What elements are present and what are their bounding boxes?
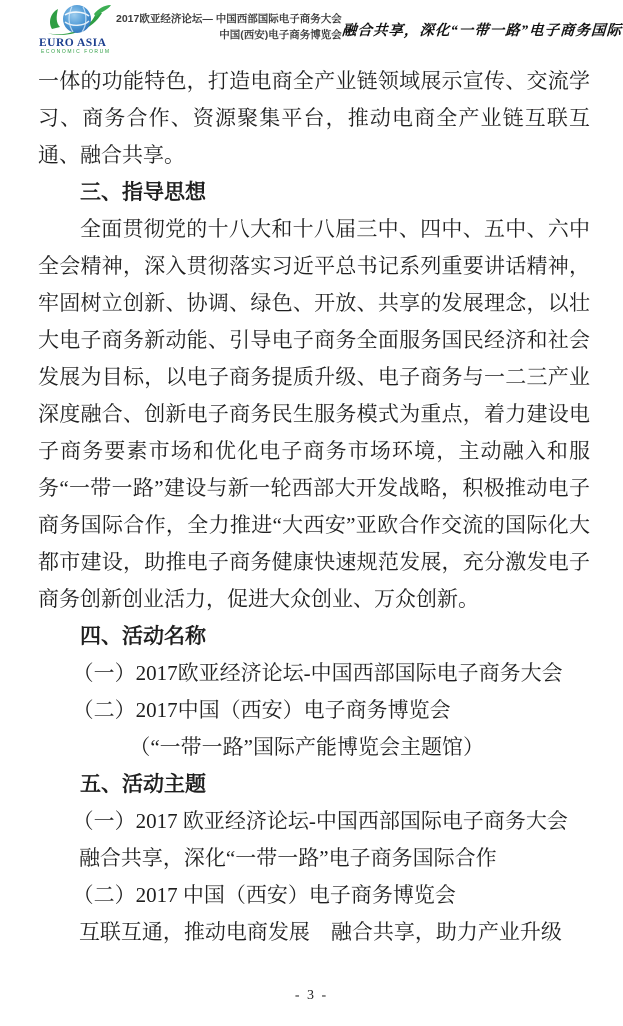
section4-item1: （一）2017欧亚经济论坛-中国西部国际电子商务大会 [38,655,590,692]
section3-heading: 三、指导思想 [38,174,590,211]
euro-asia-logo: EURO ASIA ECONOMIC FORUM [38,3,112,55]
section3-paragraph: 全面贯彻党的十八大和十八届三中、四中、五中、六中全会精神，深入贯彻落实习近平总书… [38,211,590,618]
header-slogan: 融合共享，深化“一带一路”电子商务国际合作 [341,19,623,40]
header-title-line1: 2017欧亚经济论坛— 中国西部国际电子商务大会 [116,11,342,27]
page-header: EURO ASIA ECONOMIC FORUM 2017欧亚经济论坛— 中国西… [38,0,590,60]
section4-item2: （二）2017中国（西安）电子商务博览会 [38,692,590,729]
intro-continuation-paragraph: 一体的功能特色，打造电商全产业链领域展示宣传、交流学习、商务合作、资源聚集平台，… [38,63,590,174]
header-title-line2: 中国(西安)电子商务博览会 [116,27,342,43]
logo-wordmark: EURO ASIA [39,37,107,49]
section5-item1: （一）2017 欧亚经济论坛-中国西部国际电子商务大会 [38,803,590,840]
section5-heading: 五、活动主题 [38,766,590,803]
document-body: 一体的功能特色，打造电商全产业链领域展示宣传、交流学习、商务合作、资源聚集平台，… [38,63,590,951]
section4-heading: 四、活动名称 [38,618,590,655]
header-title-block: 2017欧亚经济论坛— 中国西部国际电子商务大会 中国(西安)电子商务博览会 [116,11,342,43]
logo-subtitle: ECONOMIC FORUM [41,49,111,55]
section5-item2: （二）2017 中国（西安）电子商务博览会 [38,877,590,914]
page: EURO ASIA ECONOMIC FORUM 2017欧亚经济论坛— 中国西… [0,0,623,951]
section4-item2-note: （“一带一路”国际产能博览会主题馆） [38,729,590,766]
section5-item1-theme: 融合共享，深化“一带一路”电子商务国际合作 [38,840,590,877]
document-page: { "header": { "logo": { "name": "EURO AS… [0,0,623,1026]
page-number: - 3 - [0,988,623,1004]
section5-item2-theme: 互联互通，推动电商发展 融合共享，助力产业升级 [38,914,590,951]
globe-leaf-icon: EURO ASIA ECONOMIC FORUM [38,3,112,55]
